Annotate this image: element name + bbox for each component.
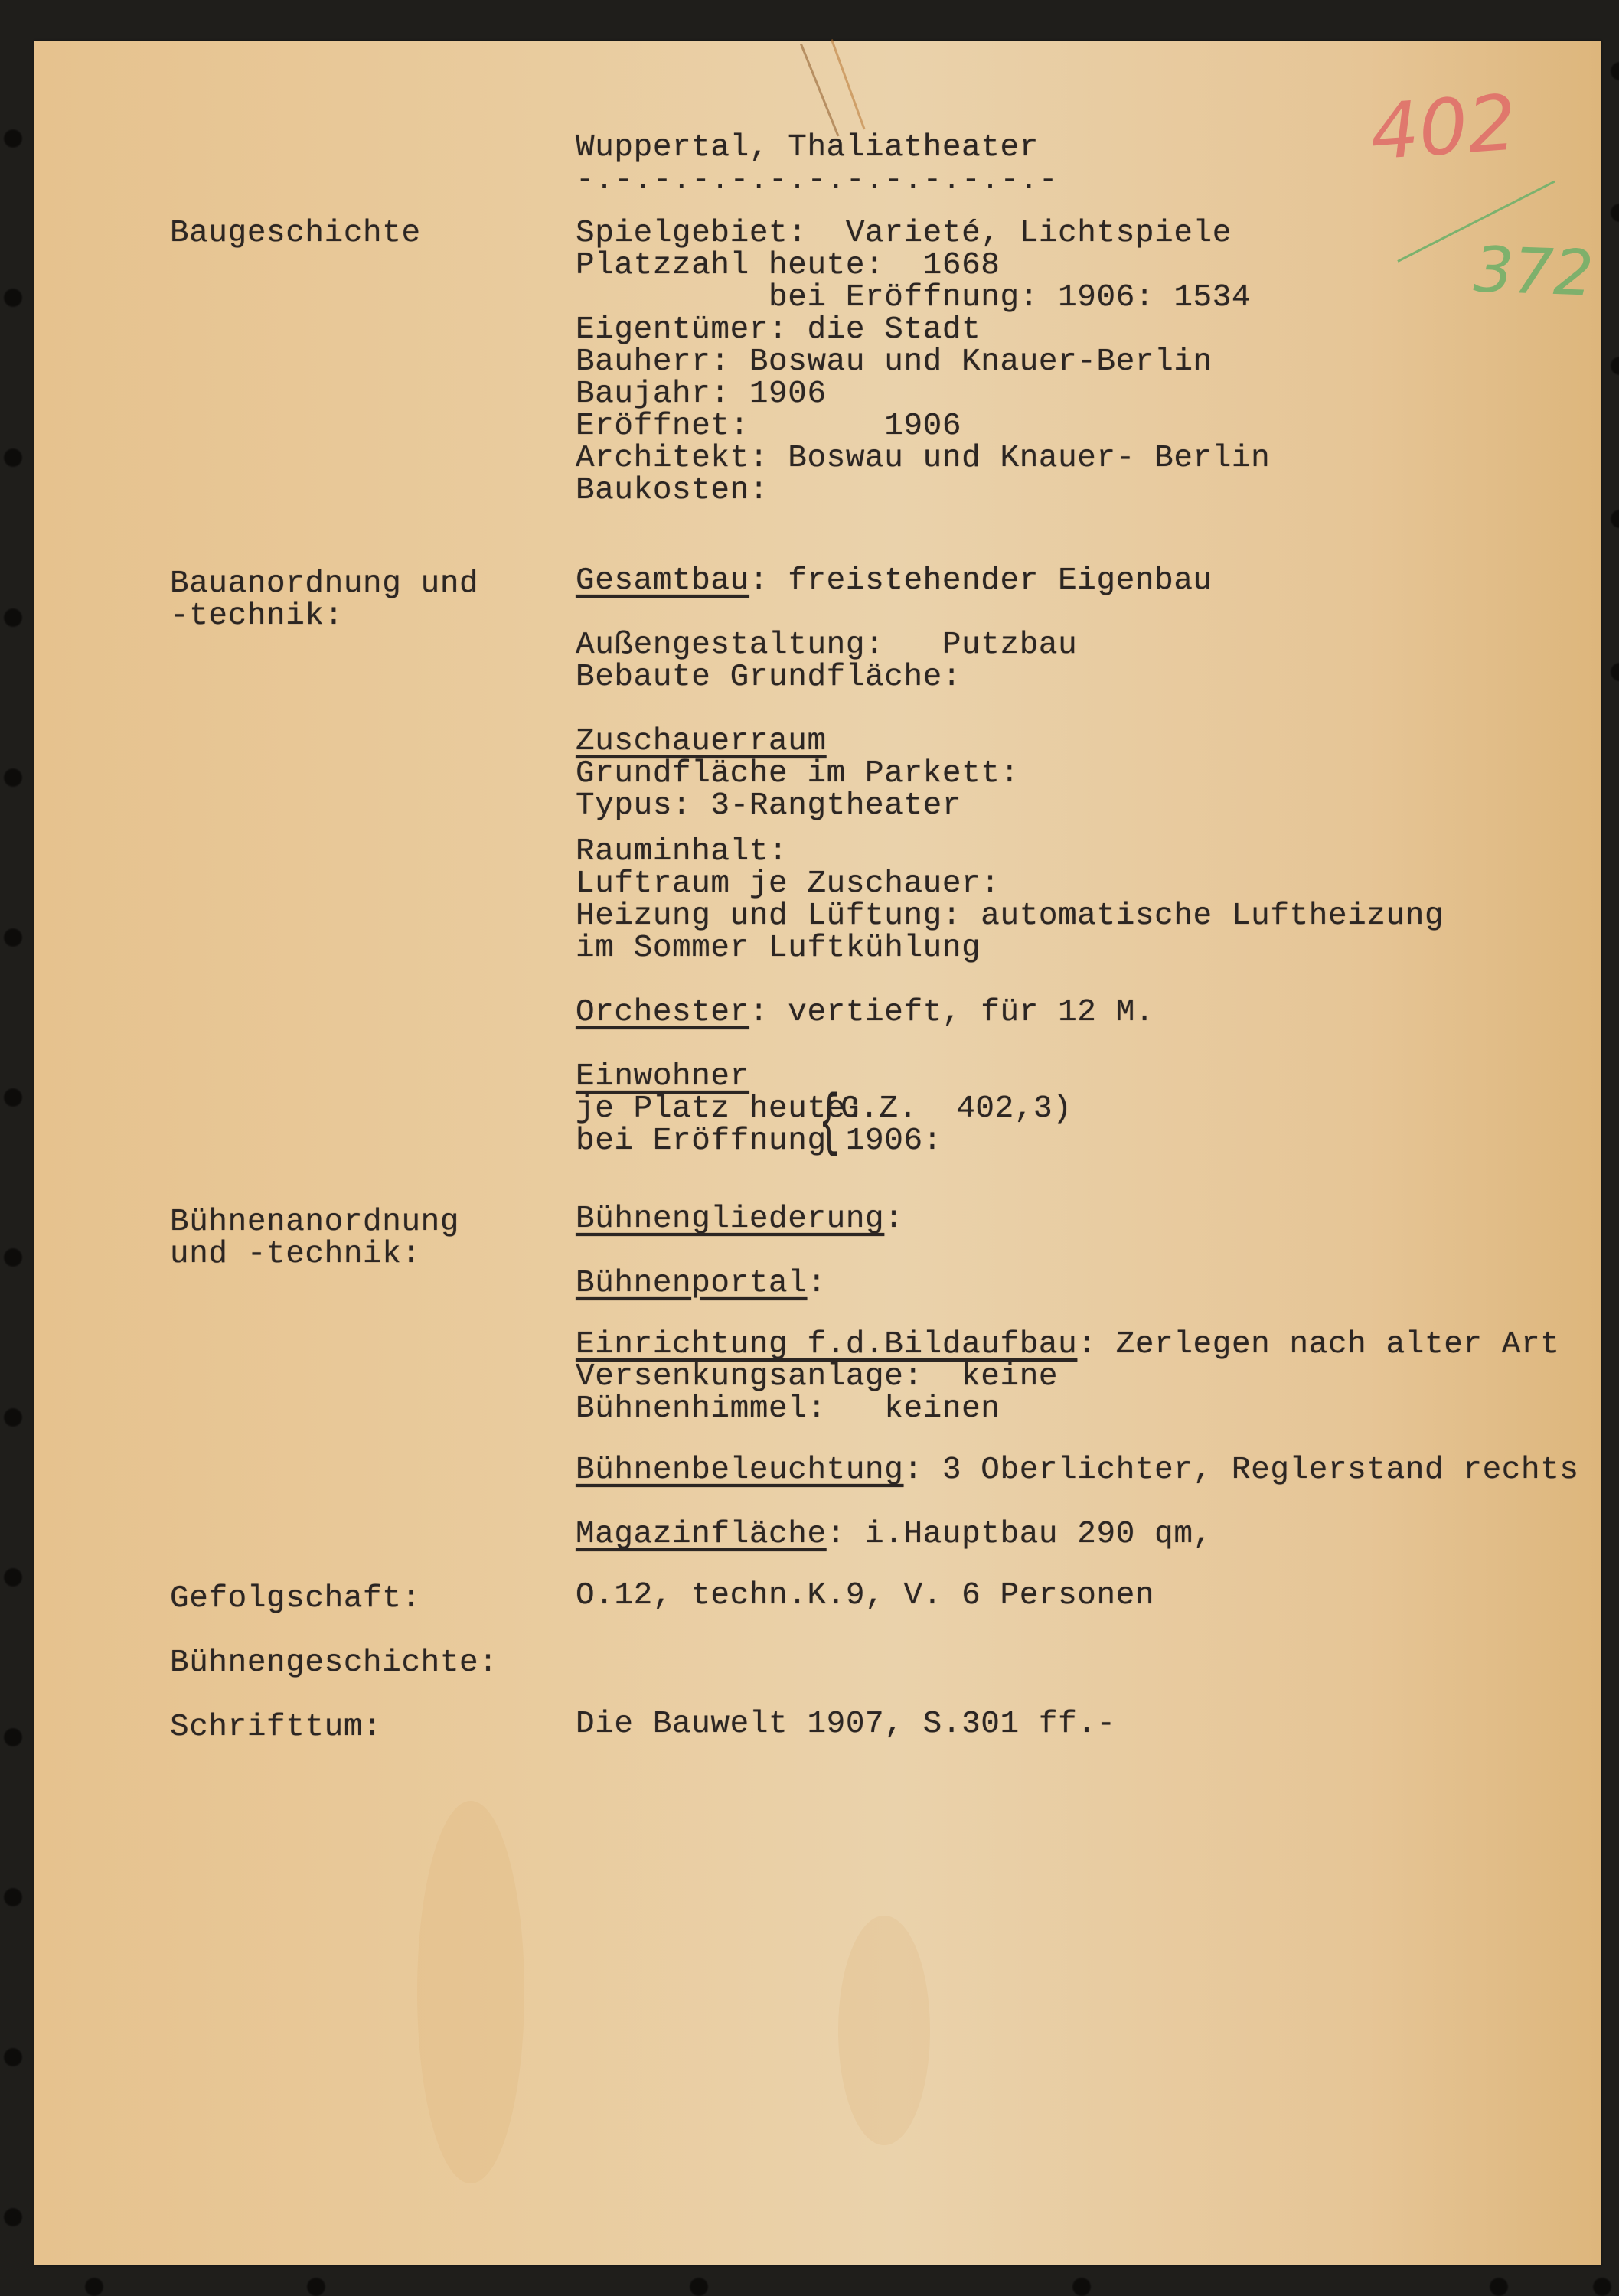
title-dotted-underline: -.-.-.-.-.-.-.-.-.-.-.-.- [576,163,1058,198]
binder-hole [3,1567,23,1587]
field-buehnenportal: Bühnenportal: [576,1267,827,1300]
field-eroeffnet: Eröffnet: 1906 [576,410,961,442]
colon: : [807,1266,826,1301]
section-label-bauanordnung-2: -technik: [170,600,344,632]
binder-hole [3,2207,23,2227]
field-platzzahl: Platzzahl heute: 1668 [576,249,1000,282]
section-label-baugeschichte: Baugeschichte [170,217,421,249]
binder-hole [1610,203,1619,223]
brace-glyph: { [819,1090,840,1159]
document-title: Wuppertal, Thaliatheater [576,132,1039,164]
gesamtbau-key: Gesamtbau [576,563,749,598]
binder-hole [306,2277,326,2296]
section-label-gefolgschaft: Gefolgschaft: [170,1583,421,1615]
field-versenkungsanlage: Versenkungsanlage: keine [576,1361,1058,1393]
field-typus: Typus: 3-Rangtheater [576,790,961,822]
field-heizung: Heizung und Lüftung: automatische Lufthe… [576,900,1444,932]
section-label-buehnenanordnung-2: und -technik: [170,1238,421,1270]
field-bebaute-grundflaeche: Bebaute Grundfläche: [576,661,961,693]
binder-hole [3,288,23,308]
binder-hole [3,1887,23,1907]
section-label-schrifttum: Schrifttum: [170,1711,382,1743]
field-orchester: Orchester: vertieft, für 12 M. [576,996,1154,1029]
field-baukosten: Baukosten: [576,475,769,507]
field-rauminhalt: Rauminhalt: [576,836,788,868]
orchester-key: Orchester [576,995,749,1030]
binder-hole [3,1407,23,1427]
beleuchtung-value: : 3 Oberlichter, Reglerstand rechts [903,1453,1578,1488]
handwritten-green-number: 372 [1472,233,1595,310]
field-baujahr: Baujahr: 1906 [576,378,827,410]
magazin-value: : i.Hauptbau 290 qm, [827,1517,1213,1552]
binder-hole [3,129,23,148]
binder-hole [1592,2277,1612,2296]
field-gefolgschaft: O.12, techn.K.9, V. 6 Personen [576,1580,1154,1612]
colon: : [884,1202,903,1237]
heading-zuschauerraum: Zuschauerraum [576,726,827,758]
magazin-key: Magazinfläche [576,1517,827,1552]
field-bei-eroeffnung: bei Eröffnung 1906: [576,1125,942,1157]
binder-hole [3,1088,23,1107]
field-spielgebiet: Spielgebiet: Varieté, Lichtspiele [576,217,1232,249]
field-buehnengliederung: Bühnengliederung: [576,1203,903,1235]
field-gesamtbau: Gesamtbau: freistehender Eigenbau [576,565,1213,597]
field-buehnenhimmel: Bühnenhimmel: keinen [576,1393,1000,1425]
field-luftraum: Luftraum je Zuschauer: [576,868,1000,900]
paper-stain [417,1801,524,2183]
buehnengliederung-key: Bühnengliederung [576,1202,884,1237]
binder-hole [1610,509,1619,529]
field-heizung-sommer: im Sommer Luftkühlung [576,932,981,964]
binder-hole [1610,356,1619,376]
paper-stain [838,1916,930,2145]
binder-hole [3,608,23,628]
binder-hole [1610,662,1619,682]
field-eigentuemer: Eigentümer: die Stadt [576,314,981,346]
binder-hole [689,2277,709,2296]
field-bauherr: Bauherr: Boswau und Knauer-Berlin [576,346,1213,378]
gz-note: G.Z. 402,3) [841,1093,1072,1125]
field-aussengestaltung: Außengestaltung: Putzbau [576,629,1077,661]
heading-einwohner: Einwohner [576,1061,749,1093]
einrichtung-value: : Zerlegen nach alter Art [1077,1327,1559,1362]
binder-hole [3,768,23,788]
binder-hole [3,1247,23,1267]
field-grundflaeche-parkett: Grundfläche im Parkett: [576,758,1020,790]
binder-hole [3,1727,23,1747]
field-platzzahl-eroeffnung: bei Eröffnung: 1906: 1534 [576,282,1251,314]
field-einrichtung: Einrichtung f.d.Bildaufbau: Zerlegen nac… [576,1329,1559,1361]
binder-hole [1072,2277,1092,2296]
buehnenportal-key: Bühnenportal [576,1266,807,1301]
binder-hole [3,928,23,947]
binder-hole [84,2277,104,2296]
beleuchtung-key: Bühnenbeleuchtung [576,1453,903,1488]
binder-hole [1610,61,1619,81]
section-label-bauanordnung: Bauanordnung und [170,568,478,600]
section-label-buehnenanordnung: Bühnenanordnung [170,1206,459,1238]
field-buehnenbeleuchtung: Bühnenbeleuchtung: 3 Oberlichter, Regler… [576,1454,1579,1486]
handwritten-red-number: 402 [1367,77,1519,177]
field-architekt: Architekt: Boswau und Knauer- Berlin [576,442,1270,475]
einrichtung-key: Einrichtung f.d.Bildaufbau [576,1327,1077,1362]
gesamtbau-value: : freistehender Eigenbau [749,563,1213,598]
binder-hole [3,448,23,468]
orchester-value: : vertieft, für 12 M. [749,995,1154,1030]
field-magazinflaeche: Magazinfläche: i.Hauptbau 290 qm, [576,1518,1213,1551]
section-label-buehnengeschichte: Bühnengeschichte: [170,1647,498,1679]
field-schrifttum: Die Bauwelt 1907, S.301 ff.- [576,1708,1116,1740]
binder-hole [3,2047,23,2067]
binder-hole [1489,2277,1509,2296]
